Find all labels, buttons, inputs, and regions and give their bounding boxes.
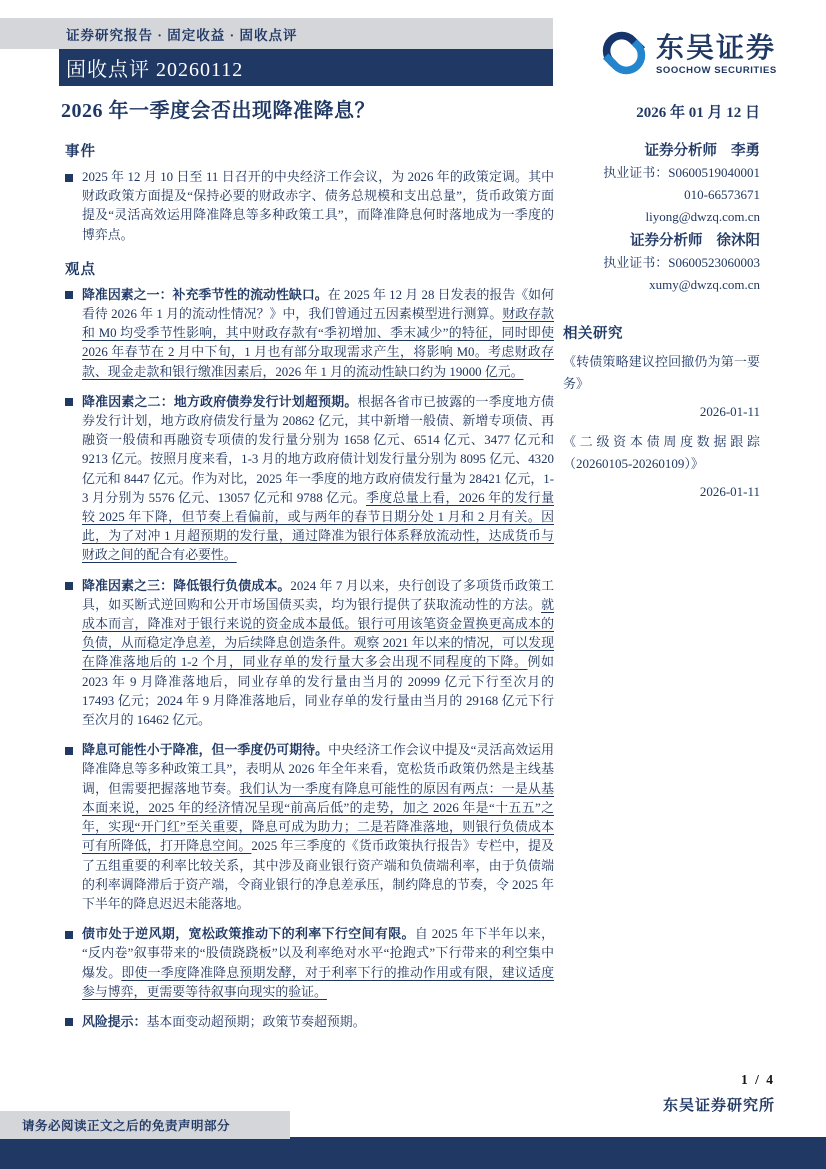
disclaimer-text: 请务必阅读正文之后的免责声明部分 (22, 1116, 230, 1134)
analyst-name-line: 证券分析师徐沐阳 (563, 230, 760, 252)
bullet-square-icon (65, 174, 73, 182)
event-bullet-list: 2025 年 12 月 10 日至 11 日召开的中央经济工作会议，为 2026… (65, 168, 554, 245)
related-research-title: 《二级资本债周度数据跟踪（20260105-20260109）》 (563, 431, 760, 475)
report-page: 证券研究报告 · 固定收益 · 固收点评 固收点评 20260112 2026 … (0, 0, 826, 1169)
bullet-paragraph: 债市处于逆风期，宽松政策推动下的利率下行空间有限。自 2025 年下半年以来，“… (65, 925, 554, 1002)
bullet-paragraph: 2025 年 12 月 10 日至 11 日召开的中央经济工作会议，为 2026… (65, 168, 554, 245)
bullet-square-icon (65, 582, 73, 590)
text-segment-bold: 降准因素之三：降低银行负债成本。 (82, 579, 290, 593)
text-segment-bold: 风险提示： (82, 1015, 146, 1029)
company-logo-text: 东吴证券 SOOCHOW SECURITIES (656, 35, 777, 76)
company-name-en: SOOCHOW SECURITIES (656, 66, 777, 76)
main-content: 事件 2025 年 12 月 10 日至 11 日召开的中央经济工作会议，为 2… (65, 140, 554, 1043)
text-segment-underline: 即使一季度降准降息预期发酵，对于利率下行的推动作用或有限，建议适度参与博弈，更需… (82, 966, 554, 999)
bullet-paragraph: 降准因素之一：补充季节性的流动性缺口。在 2025 年 12 月 28 日发表的… (65, 286, 554, 382)
related-research-date: 2026-01-11 (563, 481, 760, 503)
report-date: 2026 年 01 月 12 日 (563, 101, 760, 122)
analyst-block: 证券分析师李勇执业证书：S0600519040001010-66573671li… (563, 140, 760, 296)
page-title: 2026 年一季度会否出现降准降息？ (61, 94, 531, 123)
text-segment-normal: 根据各省市已披露的一季度地方债券发行计划，地方政府债发行量为 20862 亿元，… (82, 395, 554, 505)
analyst-detail-line: 010-66573671 (563, 184, 760, 206)
sidebar: 证券分析师李勇执业证书：S0600519040001010-66573671li… (563, 138, 760, 511)
report-category-text: 证券研究报告 · 固定收益 · 固收点评 (66, 24, 298, 44)
company-logo: 东吴证券 SOOCHOW SECURITIES (597, 26, 777, 85)
text-segment-bold: 降准因素之一：补充季节性的流动性缺口。 (82, 288, 328, 302)
text-segment-normal: 2025 年 12 月 10 日至 11 日召开的中央经济工作会议，为 2026… (82, 170, 554, 242)
bullet-square-icon (65, 1018, 73, 1026)
bullet-paragraph: 风险提示：基本面变动超预期；政策节奏超预期。 (65, 1013, 554, 1032)
bullet-paragraph: 降准因素之三：降低银行负债成本。2024 年 7 月以来，央行创设了多项货币政策… (65, 577, 554, 731)
viewpoint-bullet-list: 降准因素之一：补充季节性的流动性缺口。在 2025 年 12 月 28 日发表的… (65, 286, 554, 1032)
related-research-heading: 相关研究 (563, 322, 760, 343)
analyst-name: 徐沐阳 (717, 233, 761, 249)
page-number: 1 / 4 (563, 1072, 775, 1088)
text-segment-bold: 降准因素之二：地方政府债券发行计划超预期。 (82, 395, 357, 409)
footer-bar (0, 1137, 826, 1169)
report-category-bar: 证券研究报告 · 固定收益 · 固收点评 (0, 18, 553, 49)
analyst-name: 李勇 (731, 143, 760, 159)
bullet-square-icon (65, 931, 73, 939)
research-institute-label: 东吴证券研究所 (463, 1094, 775, 1115)
related-research-date: 2026-01-11 (563, 401, 760, 423)
bullet-square-icon (65, 747, 73, 755)
disclaimer-box: 请务必阅读正文之后的免责声明部分 (0, 1111, 290, 1139)
related-research-title: 《转债策略建议控回撤仍为第一要务》 (563, 351, 760, 395)
analyst-role: 证券分析师 (630, 233, 703, 249)
bullet-paragraph: 降息可能性小于降准，但一季度仍可期待。中央经济工作会议中提及“灵活高效运用降准降… (65, 741, 554, 914)
text-segment-bold: 债市处于逆风期，宽松政策推动下的利率下行空间有限。 (82, 927, 415, 941)
soochow-logo-icon (597, 26, 651, 85)
bullet-square-icon (65, 291, 73, 299)
bullet-square-icon (65, 398, 73, 406)
text-segment-bold: 降息可能性小于降准，但一季度仍可期待。 (82, 743, 328, 757)
analyst-detail-line: 执业证书：S0600523060003 (563, 252, 760, 274)
analyst-name-line: 证券分析师李勇 (563, 140, 760, 162)
bullet-paragraph: 降准因素之二：地方政府债券发行计划超预期。根据各省市已披露的一季度地方债券发行计… (65, 393, 554, 566)
analyst-role: 证券分析师 (645, 143, 718, 159)
text-segment-normal: 基本面变动超预期；政策节奏超预期。 (146, 1015, 365, 1029)
related-research-list: 《转债策略建议控回撤仍为第一要务》2026-01-11《二级资本债周度数据跟踪（… (563, 351, 760, 503)
section-heading-event: 事件 (65, 140, 554, 161)
report-series-text: 固收点评 20260112 (66, 53, 243, 82)
section-heading-viewpoint: 观点 (65, 258, 554, 279)
analyst-detail-line: 执业证书：S0600519040001 (563, 162, 760, 184)
report-series-banner: 固收点评 20260112 (59, 49, 553, 86)
analyst-detail-line: liyong@dwzq.com.cn (563, 206, 760, 228)
company-name-cn: 东吴证券 (656, 35, 777, 63)
analyst-detail-line: xumy@dwzq.com.cn (563, 274, 760, 296)
